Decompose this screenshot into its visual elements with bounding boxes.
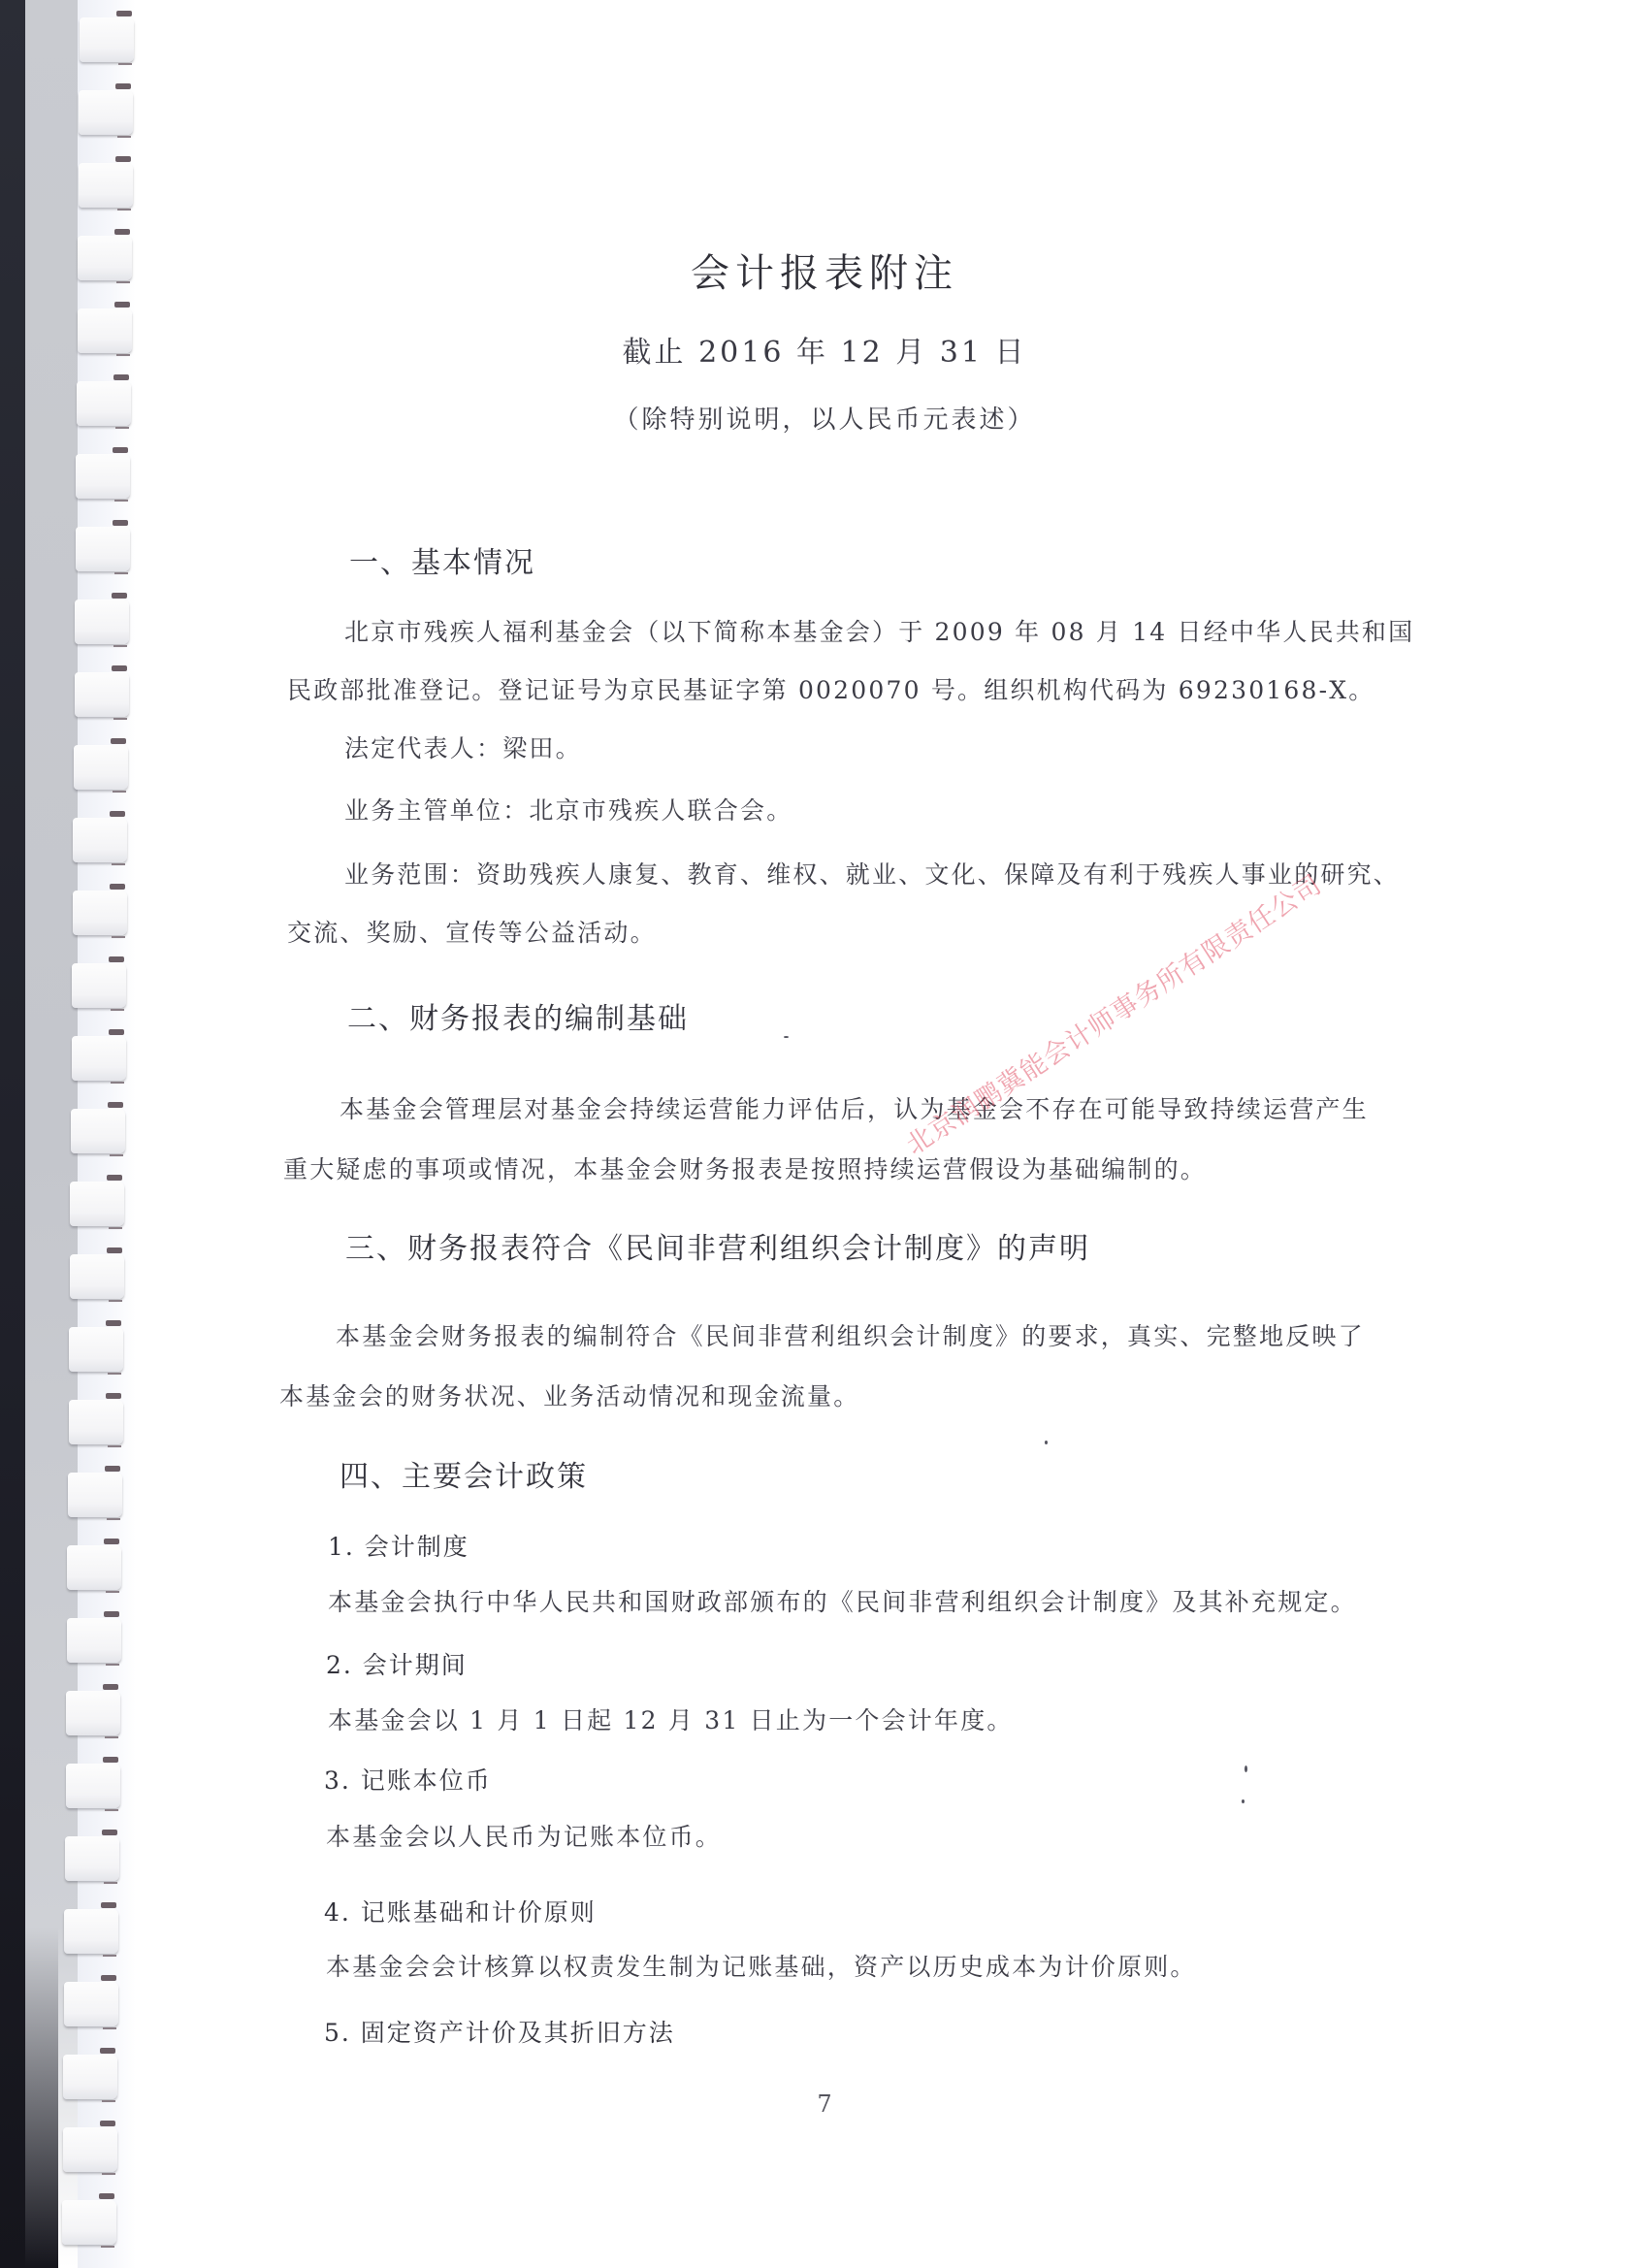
page-number: 7 bbox=[0, 2090, 1649, 2118]
document-title: 会计报表附注 bbox=[0, 243, 1649, 298]
section-2-heading: 二、财务报表的编制基础 bbox=[347, 994, 689, 1037]
section-1-paragraph-line-1: 北京市残疾人福利基金会（以下简称本基金会）于 2009 年 08 月 14 日经… bbox=[344, 603, 1414, 662]
section-1-paragraph-line-2: 民政部批准登记。登记证号为京民基证字第 0020070 号。组织机构代码为 69… bbox=[287, 662, 1374, 720]
policy-5-heading: 5. 固定资产计价及其折旧方法 bbox=[324, 2014, 675, 2049]
scan-speck bbox=[1242, 1799, 1245, 1803]
section-2-line-2: 重大疑虑的事项或情况，本基金会财务报表是按照持续运营假设为基础编制的。 bbox=[283, 1141, 1207, 1199]
policy-4-body: 本基金会会计核算以权责发生制为记账基础，资产以历史成本为计价原则。 bbox=[326, 1938, 1197, 1996]
document-page: 会计报表附注 截止 2016 年 12 月 31 日 （除特别说明，以人民币元表… bbox=[0, 0, 1649, 2268]
scan-speck bbox=[1045, 1441, 1048, 1444]
policy-2-body: 本基金会以 1 月 1 日起 12 月 31 日止为一个会计年度。 bbox=[328, 1692, 1014, 1750]
scan-speck bbox=[1245, 1766, 1247, 1772]
policy-4-heading: 4. 记账基础和计价原则 bbox=[324, 1894, 597, 1928]
policy-1-heading: 1. 会计制度 bbox=[328, 1528, 469, 1563]
policy-2-heading: 2. 会计期间 bbox=[326, 1646, 468, 1681]
legal-representative: 法定代表人：梁田。 bbox=[344, 720, 582, 778]
business-scope-line-1: 业务范围：资助残疾人康复、教育、维权、就业、文化、保障及有利于残疾人事业的研究、 bbox=[344, 846, 1400, 904]
section-3-line-1: 本基金会财务报表的编制符合《民间非营利组织会计制度》的要求，真实、完整地反映了 bbox=[336, 1308, 1365, 1366]
section-1-heading: 一、基本情况 bbox=[349, 538, 535, 581]
policy-3-heading: 3. 记账本位币 bbox=[324, 1762, 492, 1797]
section-2-line-1: 本基金会管理层对基金会持续运营能力评估后，认为基金会不存在可能导致持续运营产生 bbox=[339, 1081, 1369, 1139]
section-4-heading: 四、主要会计政策 bbox=[339, 1452, 588, 1495]
document-period: 截止 2016 年 12 月 31 日 bbox=[0, 328, 1649, 371]
currency-note: （除特别说明，以人民币元表述） bbox=[0, 400, 1649, 436]
policy-3-body: 本基金会以人民币为记账本位币。 bbox=[326, 1808, 722, 1866]
section-3-line-2: 本基金会的财务状况、业务活动情况和现金流量。 bbox=[279, 1368, 859, 1426]
supervising-unit: 业务主管单位：北京市残疾人联合会。 bbox=[344, 782, 792, 840]
policy-1-body: 本基金会执行中华人民共和国财政部颁布的《民间非营利组织会计制度》及其补充规定。 bbox=[328, 1573, 1357, 1632]
scan-speck bbox=[784, 1036, 789, 1038]
section-3-heading: 三、财务报表符合《民间非营利组织会计制度》的声明 bbox=[345, 1224, 1090, 1267]
business-scope-line-2: 交流、奖励、宣传等公益活动。 bbox=[287, 904, 657, 962]
